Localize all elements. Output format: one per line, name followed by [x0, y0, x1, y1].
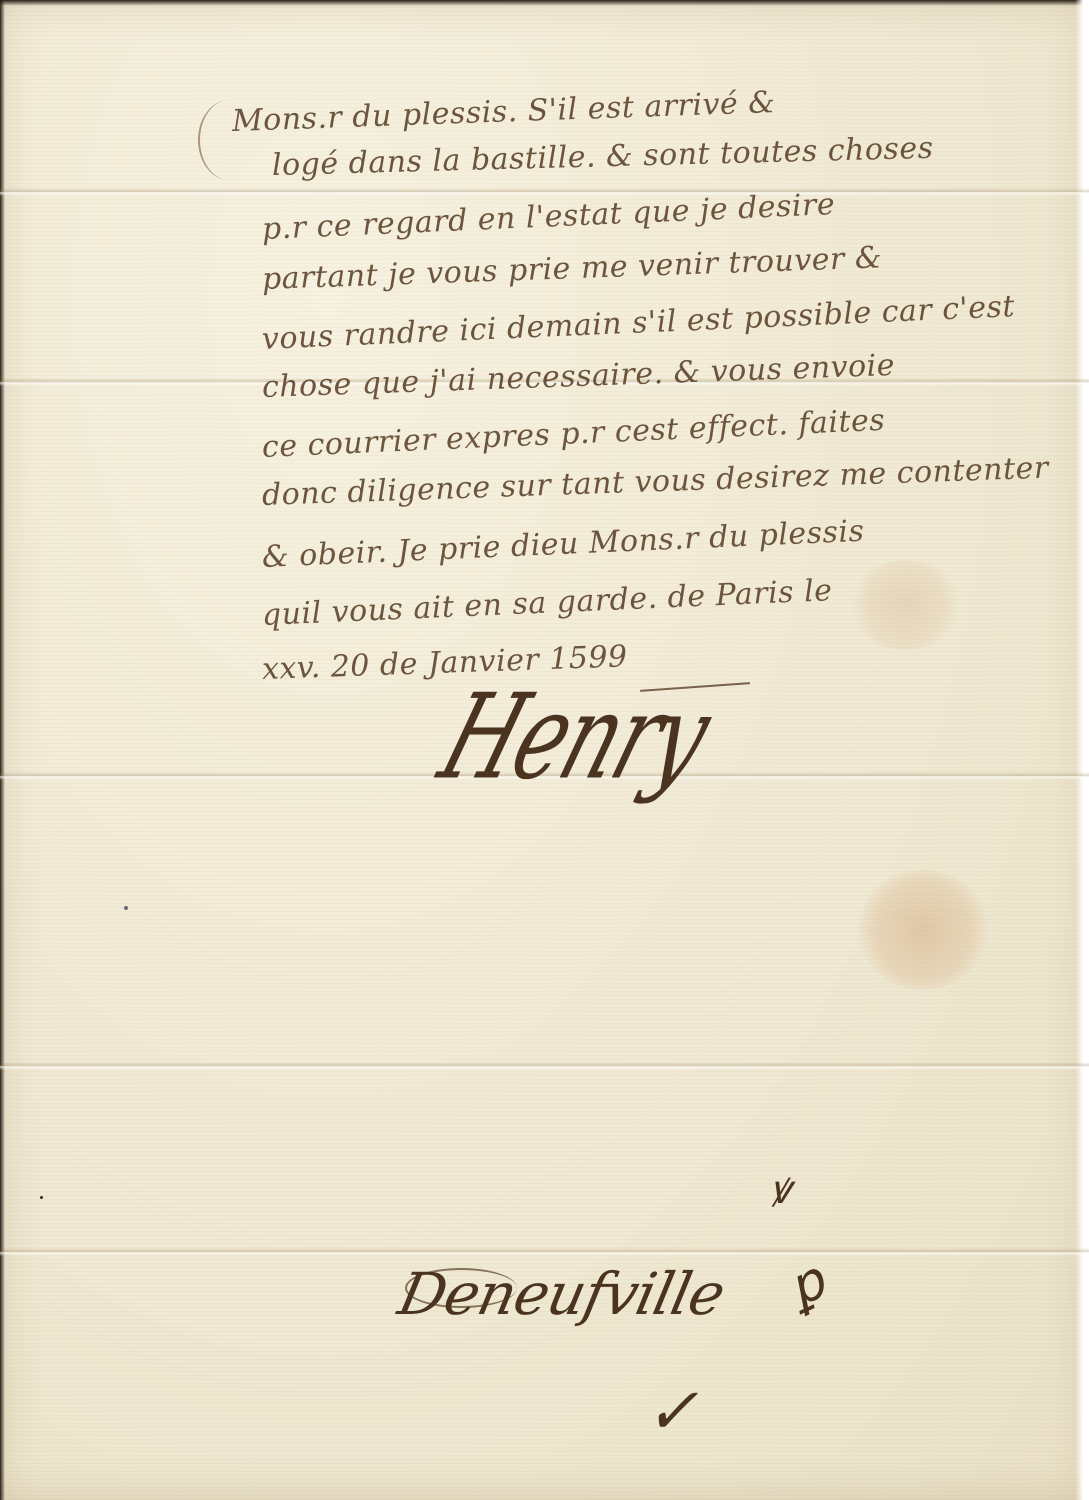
paper-edge-left	[0, 0, 5, 1500]
paper-edge-right	[1075, 0, 1089, 1500]
paper-speck	[124, 906, 128, 910]
paper-speck	[40, 1196, 43, 1199]
body-line: chose que j'ai necessaire. & vous envoie	[261, 348, 895, 405]
paraph-mark: ꝑ	[779, 1251, 834, 1319]
body-line: partant je vous prie me venir trouver &	[261, 240, 882, 297]
body-line: donc diligence sur tant vous desirez me …	[261, 451, 1049, 513]
wax-seal-stain	[858, 870, 988, 990]
wax-seal-stain	[850, 560, 960, 650]
body-line: Mons.r du plessis. S'il est arrivé &	[231, 85, 776, 139]
body-line: quil vous ait en sa garde. de Paris le	[261, 573, 833, 633]
body-line: & obeir. Je prie dieu Mons.r du plessis	[261, 514, 865, 575]
body-line: ce courrier expres p.r cest effect. fait…	[261, 403, 886, 465]
fold-line	[0, 1248, 1089, 1256]
letter-sheet: Mons.r du plessis. S'il est arrivé & log…	[0, 0, 1089, 1500]
secretary-countersignature: Deneufville	[393, 1260, 731, 1328]
body-line: logé dans la bastille. & sont toutes cho…	[272, 131, 934, 183]
fold-line	[0, 1062, 1089, 1070]
paraph-loop-mark: ✓	[645, 1375, 699, 1449]
paraph-mark: ꝟ	[770, 1160, 790, 1215]
paper-edge-top	[0, 0, 1089, 6]
body-line: vous randre ici demain s'il est possible…	[261, 289, 1015, 357]
royal-signature: Henry	[426, 668, 725, 805]
fold-line	[0, 188, 1089, 196]
